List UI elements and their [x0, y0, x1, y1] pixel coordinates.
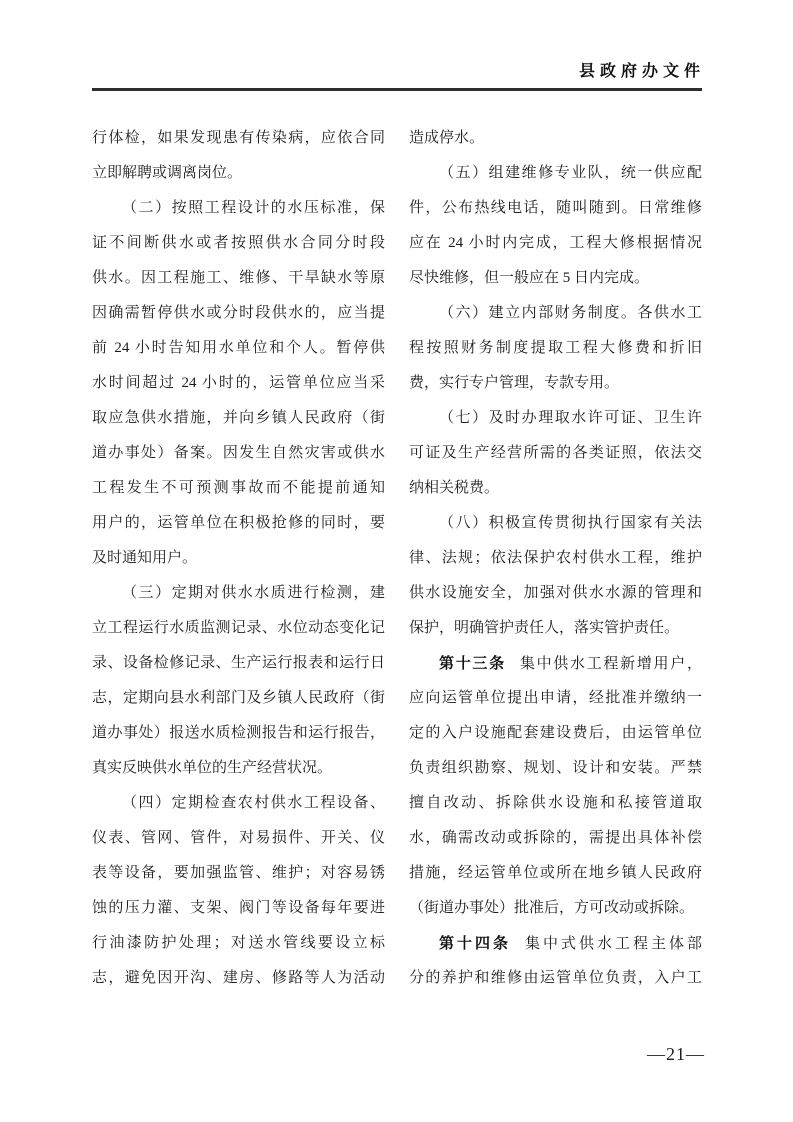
- text-line: 工程发生不可预测事故而不能提前通知: [92, 471, 385, 506]
- header-divider: [92, 88, 702, 91]
- text-line: 纳相关税费。: [409, 471, 702, 506]
- text-line: 费，实行专户管理，专款专用。: [409, 366, 702, 401]
- text-line: 立工程运行水质监测记录、水位动态变化记: [92, 611, 385, 646]
- text-line: 录、设备检修记录、生产运行报表和运行日: [92, 646, 385, 681]
- document-page: 县政府办文件 行体检，如果发现患有传染病，应依合同 立即解聘或调离岗位。 （二）…: [0, 0, 793, 1122]
- text-line: 证不间断供水或者按照供水合同分时段: [92, 226, 385, 261]
- article-13-number: 第十三条: [439, 655, 506, 672]
- text-line: 道办事处）报送水质检测报告和运行报告，: [92, 716, 385, 751]
- text-line: 律、法规；依法保护农村供水工程，维护: [409, 541, 702, 576]
- text-line: 件，公布热线电话，随叫随到。日常维修: [409, 191, 702, 226]
- text-line: （三）定期对供水水质进行检测，建: [92, 576, 385, 611]
- text-line: 分的养护和维修由运管单位负责，入户工: [409, 961, 702, 996]
- text-line: 用户的，运管单位在积极抢修的同时，要: [92, 506, 385, 541]
- text-line: 道办事处）备案。因发生自然灾害或供水: [92, 436, 385, 471]
- text-line: 行油漆防护处理；对送水管线要设立标: [92, 926, 385, 961]
- document-body: 行体检，如果发现患有传染病，应依合同 立即解聘或调离岗位。 （二）按照工程设计的…: [92, 121, 702, 996]
- text-line: 水，确需改动或拆除的，需提出具体补偿: [409, 821, 702, 856]
- article-14-number: 第十四条: [439, 935, 511, 952]
- page-number: —21—: [647, 1044, 705, 1065]
- text-line: 保护，明确管护责任人，落实管护责任。: [409, 611, 702, 646]
- right-column: 造成停水。 （五）组建维修专业队，统一供应配 件，公布热线电话，随叫随到。日常维…: [409, 121, 702, 996]
- text-line: 行体检，如果发现患有传染病，应依合同: [92, 121, 385, 156]
- text-line: 前 24 小时告知用水单位和个人。暂停供: [92, 331, 385, 366]
- text-line: 负责组织勘察、规划、设计和安装。严禁: [409, 751, 702, 786]
- text-line: 措施，经运管单位或所在地乡镇人民政府: [409, 856, 702, 891]
- text-line: （五）组建维修专业队，统一供应配: [409, 156, 702, 191]
- text-line: （七）及时办理取水许可证、卫生许: [409, 401, 702, 436]
- left-column: 行体检，如果发现患有传染病，应依合同 立即解聘或调离岗位。 （二）按照工程设计的…: [92, 121, 385, 996]
- article-13-heading-line: 第十三条集中供水工程新增用户，: [409, 646, 702, 681]
- article-14-text: 集中式供水工程主体部: [525, 936, 702, 952]
- text-line: （四）定期检查农村供水工程设备、: [92, 786, 385, 821]
- text-line: 造成停水。: [409, 121, 702, 156]
- text-line: 因确需暂停供水或分时段供水的，应当提: [92, 296, 385, 331]
- text-line: 尽快维修，但一般应在 5 日内完成。: [409, 261, 702, 296]
- text-line: 擅自改动、拆除供水设施和私接管道取: [409, 786, 702, 821]
- text-line: 应向运管单位提出申请，经批准并缴纳一: [409, 681, 702, 716]
- text-line: 程按照财务制度提取工程大修费和折旧: [409, 331, 702, 366]
- text-line: 真实反映供水单位的生产经营状况。: [92, 751, 385, 786]
- text-line: （八）积极宣传贯彻执行国家有关法: [409, 506, 702, 541]
- page-header-title: 县政府办文件: [579, 60, 705, 84]
- text-line: 可证及生产经营所需的各类证照，依法交: [409, 436, 702, 471]
- text-line: 应在 24 小时内完成，工程大修根据情况: [409, 226, 702, 261]
- text-line: 志，避免因开沟、建房、修路等人为活动: [92, 961, 385, 996]
- text-line: 取应急供水措施，并向乡镇人民政府（街: [92, 401, 385, 436]
- text-line: 蚀的压力灌、支架、阀门等设备每年要进: [92, 891, 385, 926]
- text-line: 水时间超过 24 小时的，运管单位应当采: [92, 366, 385, 401]
- article-13-text: 集中供水工程新增用户，: [520, 656, 702, 672]
- article-14-heading-line: 第十四条集中式供水工程主体部: [409, 926, 702, 961]
- text-line: 定的入户设施配套建设费后，由运管单位: [409, 716, 702, 751]
- text-line: 仪表、管网、管件，对易损件、开关、仪: [92, 821, 385, 856]
- text-line: 立即解聘或调离岗位。: [92, 156, 385, 191]
- text-line: 志，定期向县水利部门及乡镇人民政府（街: [92, 681, 385, 716]
- text-line: 供水设施安全，加强对供水水源的管理和: [409, 576, 702, 611]
- text-line: 供水。因工程施工、维修、干旱缺水等原: [92, 261, 385, 296]
- text-line: （二）按照工程设计的水压标准，保: [92, 191, 385, 226]
- text-line: 及时通知用户。: [92, 541, 385, 576]
- text-line: （六）建立内部财务制度。各供水工: [409, 296, 702, 331]
- text-line: 表等设备，要加强监管、维护；对容易锈: [92, 856, 385, 891]
- text-line: （街道办事处）批准后，方可改动或拆除。: [409, 891, 702, 926]
